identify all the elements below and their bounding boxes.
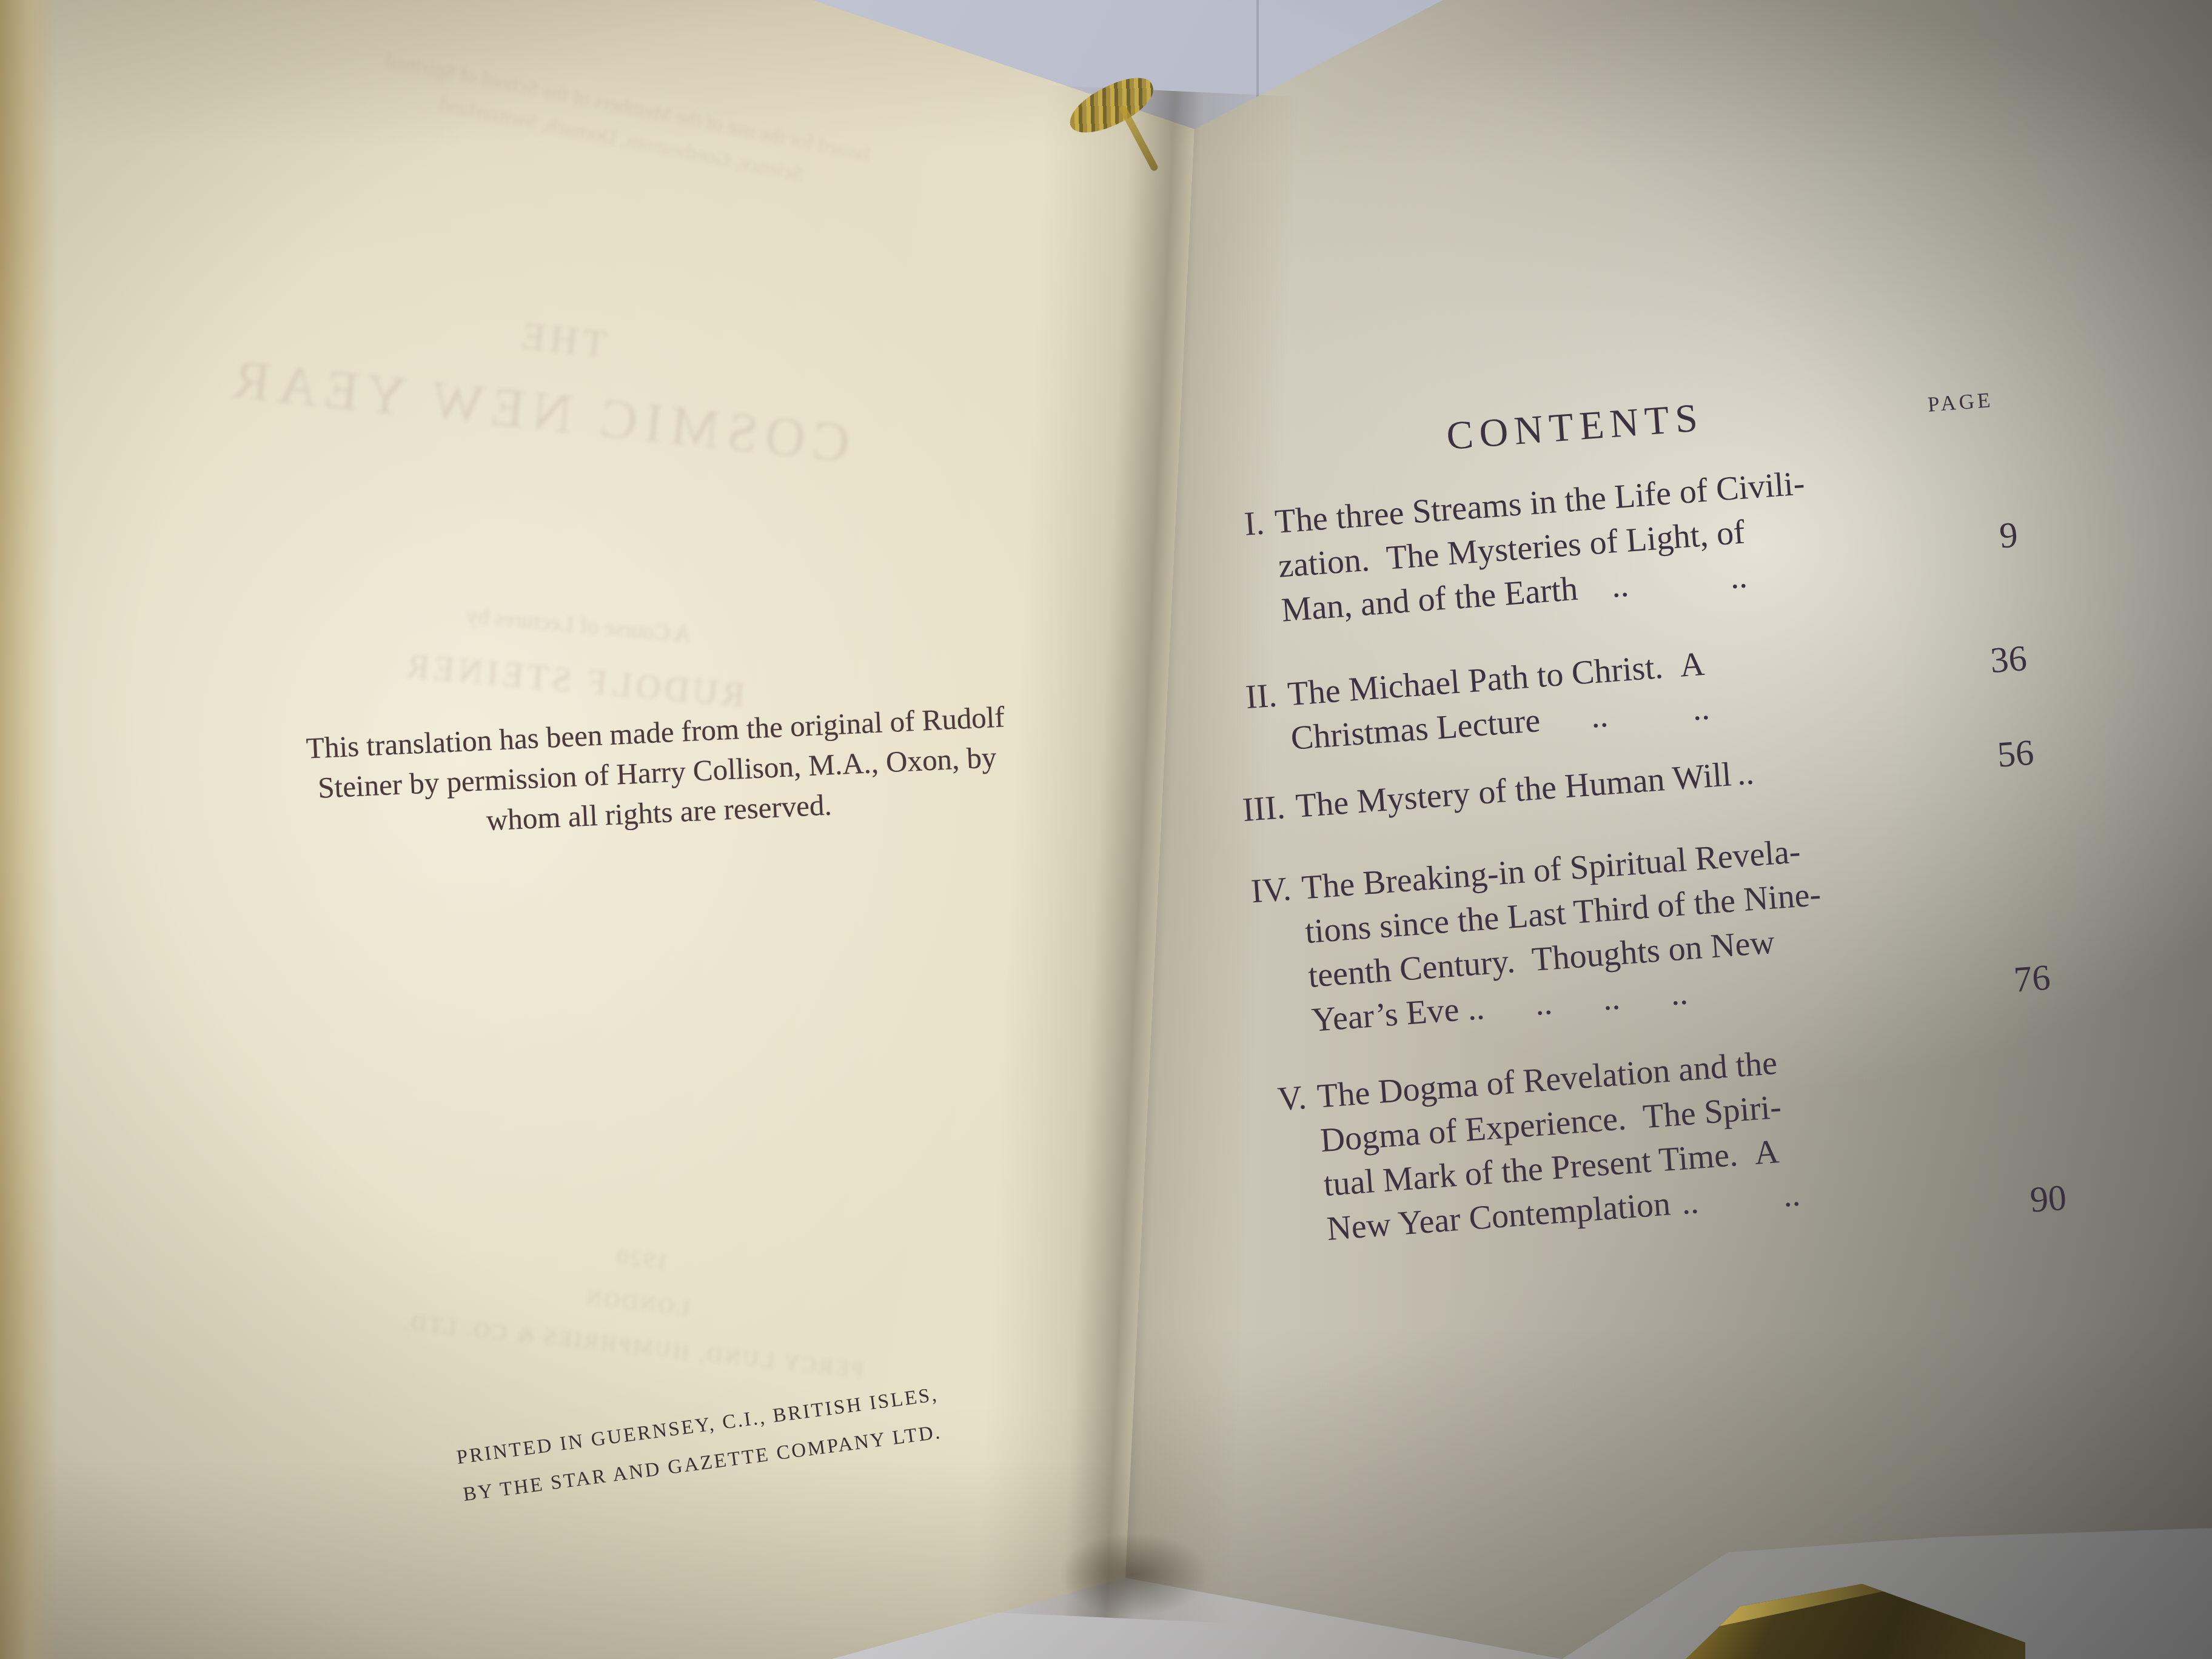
bleed-through-imprint: 1920LONDONPERCY LUND, HUMPHRIES & CO. LT… [383, 1212, 891, 1394]
toc-entry-title: The Breaking-in of Spiritual Revela-tion… [1300, 822, 1924, 1043]
toc-entry-page-number: 9 [1998, 513, 2019, 558]
toc-entry: IV.The Breaking-in of Spiritual Revela-t… [1223, 811, 2059, 1048]
contents-heading: CONTENTS [1268, 382, 1882, 473]
bleed-through-note: Issued for the use of the Members of the… [202, 10, 1048, 236]
toc-entry-page-number: 36 [1989, 636, 2028, 683]
toc-entry: V.The Dogma of Revelation and theDogma o… [1238, 1020, 2074, 1257]
toc-entry-page-number: 90 [2028, 1176, 2068, 1222]
toc-entry-title: The Dogma of Revelation and theDogma of … [1316, 1030, 1940, 1252]
bleed-through-title: THE COSMIC NEW YEAR [255, 272, 861, 479]
page-column-label: PAGE [1927, 388, 1994, 417]
contents-block: CONTENTS PAGE I.The three Streams in the… [1188, 343, 2074, 1257]
toc-list: I.The three Streams in the Life of Civil… [1196, 446, 2073, 1257]
gutter-bottom-shadow [1031, 1492, 1237, 1625]
toc-entry-title: The Michael Path to Christ. AChristmas L… [1286, 628, 1903, 761]
toc-entry-page-number: 76 [2013, 956, 2052, 1002]
toc-entry-title: The three Streams in the Life of Civili-… [1273, 455, 1894, 632]
printer-imprint: PRINTED IN GUERNSEY, C.I., BRITISH ISLES… [424, 1372, 975, 1518]
toc-entry-page-number: 56 [1996, 731, 2035, 777]
book-photo: Issued for the use of the Members of the… [0, 0, 2212, 1659]
translation-notice: This translation has been made from the … [261, 695, 1054, 851]
bleed-through-byline: A Course of Lectures by RUDOLF STEINER [347, 578, 804, 728]
